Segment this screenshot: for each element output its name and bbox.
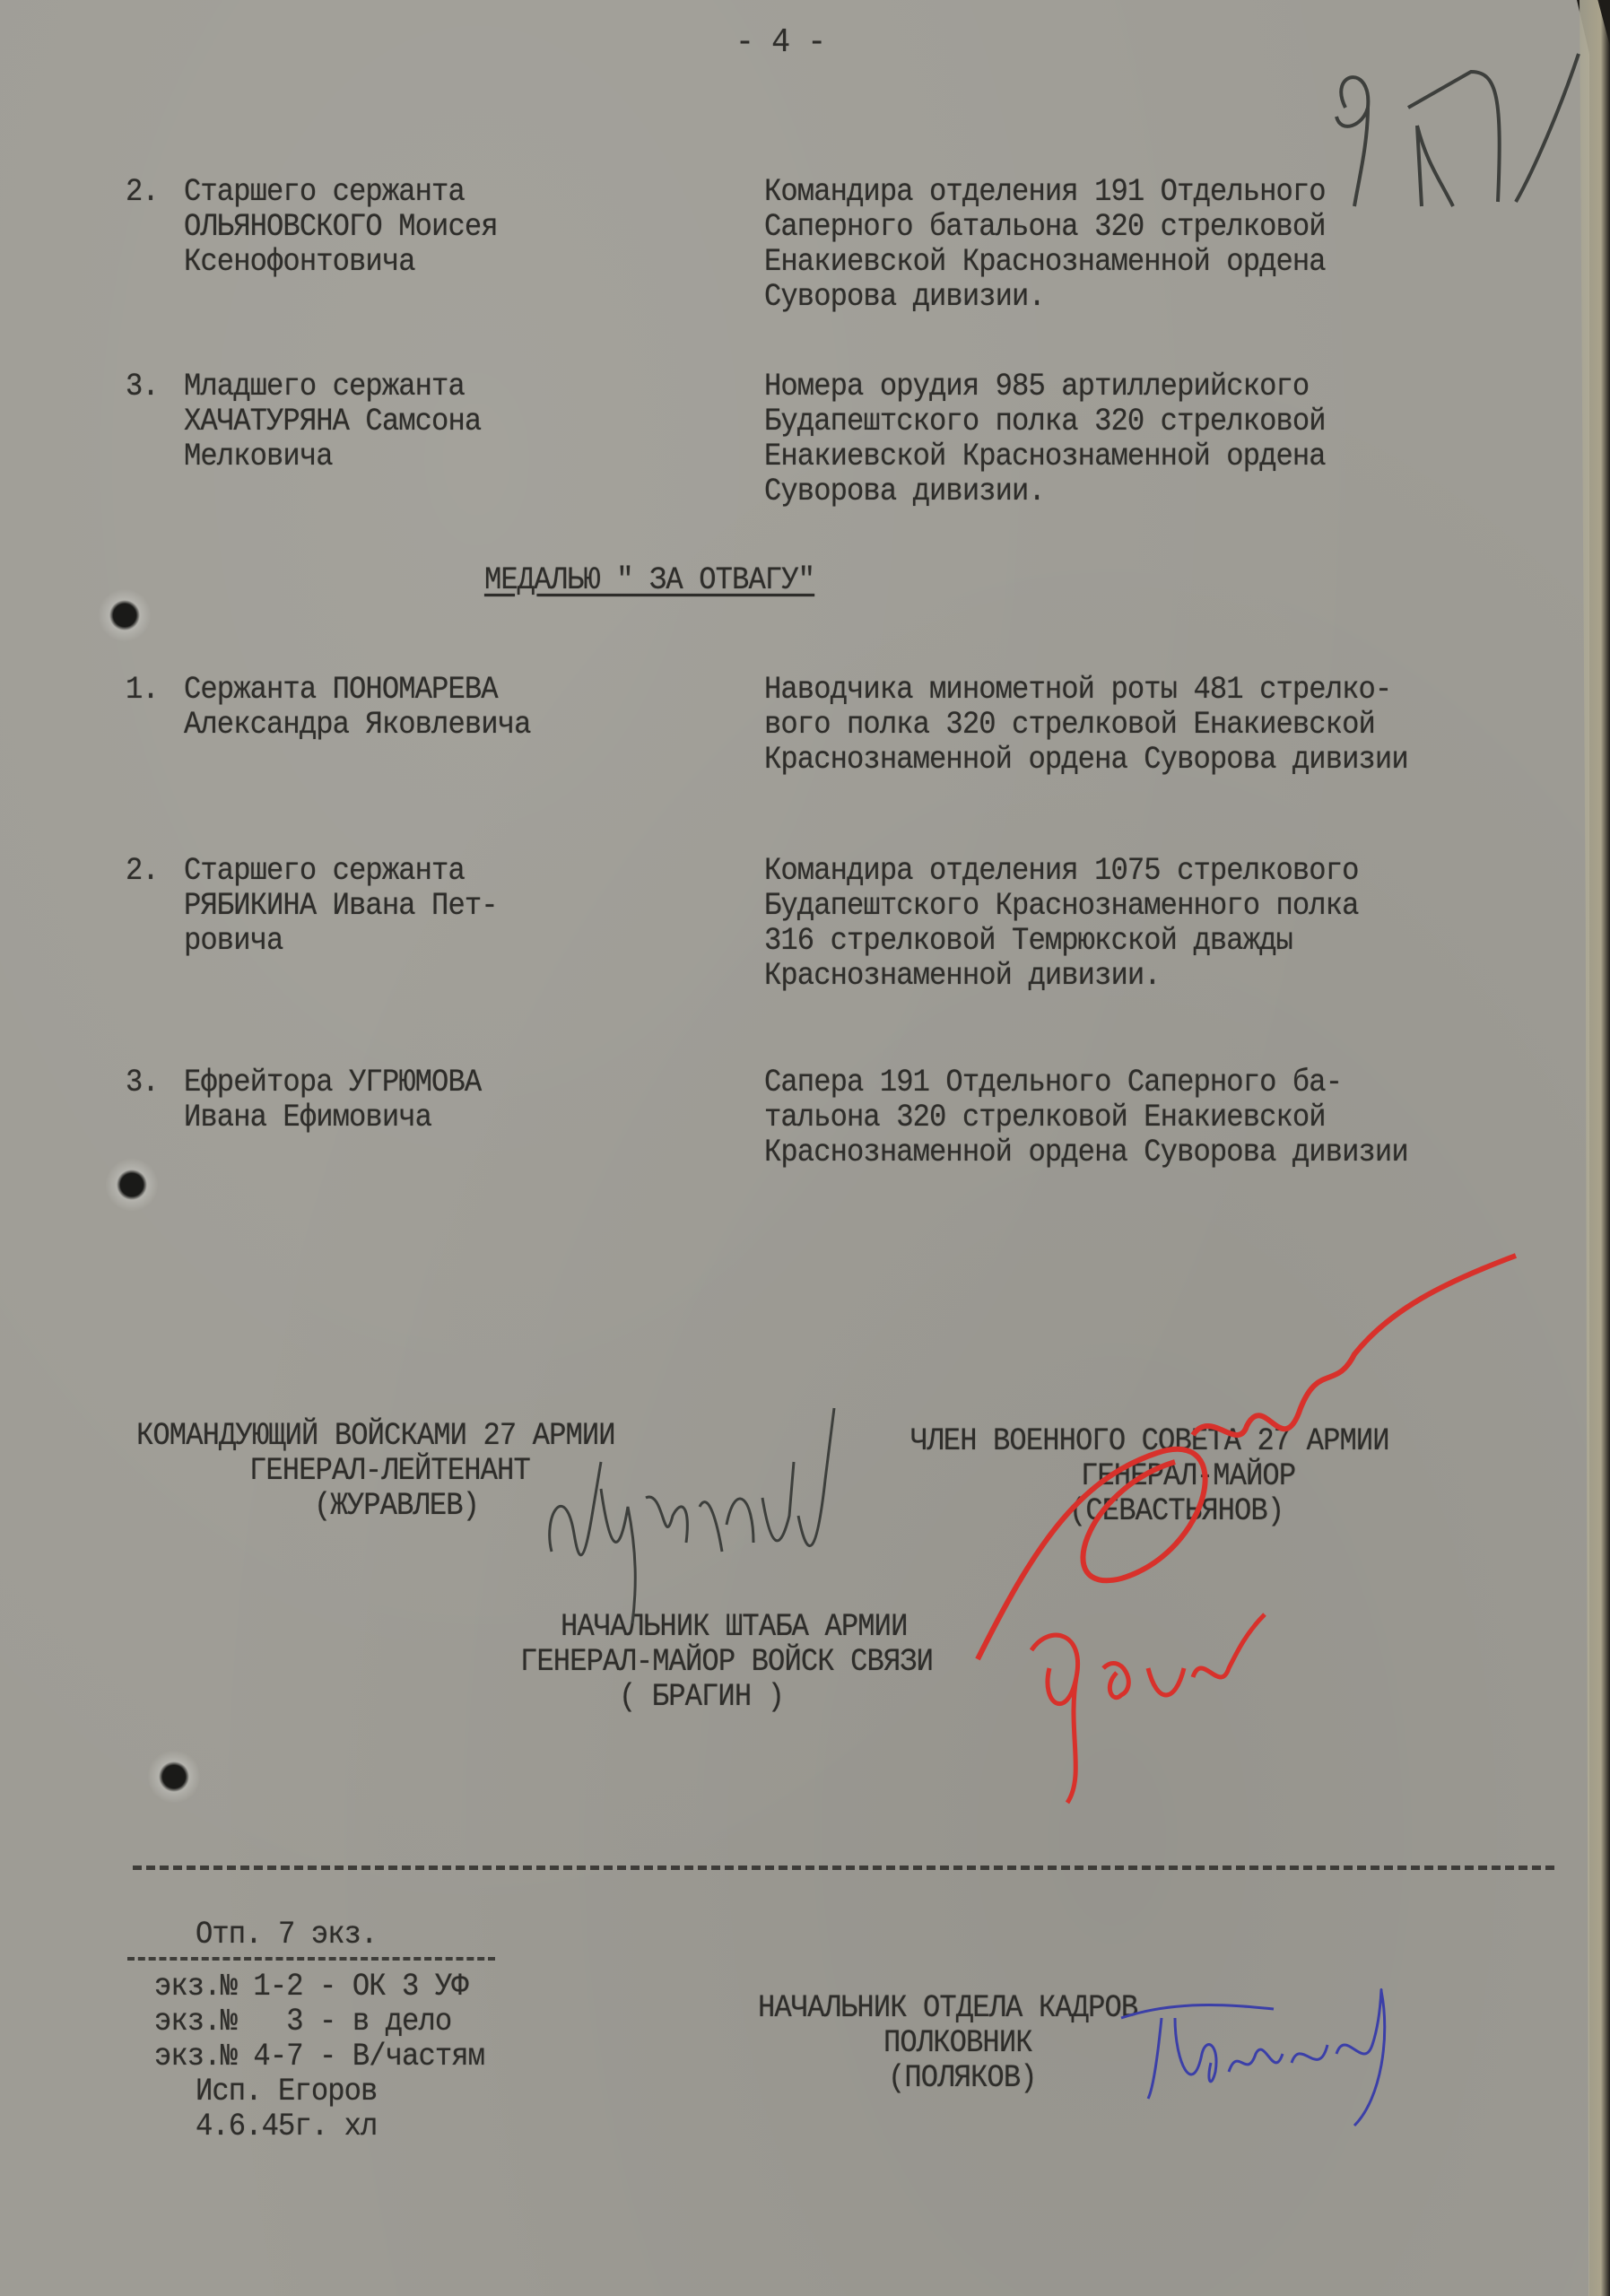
item-number: 3. xyxy=(126,370,159,404)
position-line: Командира отделения 1075 стрелкового xyxy=(764,854,1359,889)
recipient-rank: Старшего сержанта xyxy=(184,854,465,889)
signature-bragin-red xyxy=(1014,1596,1283,1812)
position-line: вого полка 320 стрелковой Енакиевской xyxy=(764,708,1375,743)
copies-header: Отп. 7 экз. xyxy=(196,1918,377,1952)
commander-name: (ЖУРАВЛЕВ) xyxy=(314,1489,479,1524)
signature-polyakov-blue xyxy=(1121,1982,1480,2126)
personnel-rank: ПОЛКОВНИК xyxy=(883,2026,1032,2061)
copy-line-1: экз.№ 1-2 - ОК 3 УФ xyxy=(154,1970,468,2005)
copies-underline xyxy=(127,1957,495,1961)
position-line: Командира отделения 191 Отдельного xyxy=(764,175,1326,210)
position-line: тальона 320 стрелковой Енакиевской xyxy=(764,1100,1326,1135)
position-line: 316 стрелковой Темрюкской дважды xyxy=(764,924,1292,959)
recipient-name: Ефрейтора УГРЮМОВА xyxy=(184,1065,481,1100)
position-line: Саперного батальона 320 стрелковой xyxy=(764,210,1326,245)
recipient-name: ХАЧАТУРЯНА Самсона xyxy=(184,404,481,439)
position-line: Будапештского полка 320 стрелковой xyxy=(764,404,1326,439)
recipient-patronymic: Мелковича xyxy=(184,439,333,474)
recipient-patronymic: ровича xyxy=(184,924,283,959)
position-line: Енакиевской Краснознаменной ордена xyxy=(764,245,1326,280)
position-line: Краснознаменной ордена Суворова дивизии xyxy=(764,743,1408,778)
position-line: Сапера 191 Отдельного Саперного ба- xyxy=(764,1065,1342,1100)
chief-name: ( БРАГИН ) xyxy=(619,1680,784,1715)
executor: Исп. Егоров xyxy=(196,2074,377,2109)
item-number: 2. xyxy=(126,854,159,889)
commander-rank: ГЕНЕРАЛ-ЛЕЙТЕНАНТ xyxy=(249,1454,530,1489)
page-number: - 4 - xyxy=(735,25,825,60)
recipient-patronymic: Ивана Ефимовича xyxy=(184,1100,431,1135)
personnel-title: НАЧАЛЬНИК ОТДЕЛА КАДРОВ xyxy=(758,1991,1137,2026)
punch-hole-2 xyxy=(106,1157,158,1213)
copy-line-2: экз.№ 3 - в дело xyxy=(154,2005,451,2039)
recipient-name: ОЛЬЯНОВСКОГО Моисея xyxy=(184,210,498,245)
position-line: Суворова дивизии. xyxy=(764,474,1045,509)
recipient-rank: Старшего сержанта xyxy=(184,175,465,210)
recipient-patronymic: Александра Яковлевича xyxy=(184,708,530,743)
item-number: 3. xyxy=(126,1065,159,1100)
recipient-rank: Младшего сержанта xyxy=(184,370,465,404)
chief-rank: ГЕНЕРАЛ-МАЙОР ВОЙСК СВЯЗИ xyxy=(520,1645,933,1680)
recipient-patronymic: Ксенофонтовича xyxy=(184,245,415,280)
recipient-name: РЯБИКИНА Ивана Пет- xyxy=(184,889,498,924)
medal-section-heading: МЕДАЛЬЮ " ЗА ОТВАГУ" xyxy=(484,563,814,598)
punch-hole-3 xyxy=(148,1749,200,1805)
position-line: Енакиевской Краснознаменной ордена xyxy=(764,439,1326,474)
date-typist: 4.6.45г. хл xyxy=(196,2109,377,2144)
position-line: Краснознаменной дивизии. xyxy=(764,959,1161,994)
position-line: Наводчика минометной роты 481 стрелко- xyxy=(764,673,1391,708)
archive-number-mark xyxy=(1292,36,1579,215)
separator-line xyxy=(133,1865,1554,1870)
item-number: 1. xyxy=(126,673,159,708)
personnel-name: (ПОЛЯКОВ) xyxy=(888,2061,1037,2096)
position-line: Будапештского Краснознаменного полка xyxy=(764,889,1359,924)
position-line: Суворова дивизии. xyxy=(764,280,1045,315)
position-line: Номера орудия 985 артиллерийского xyxy=(764,370,1309,404)
item-number: 2. xyxy=(126,175,159,210)
signature-zhuravlev xyxy=(538,1408,879,1632)
recipient-name: Сержанта ПОНОМАРЕВА xyxy=(184,673,498,708)
copy-line-3: экз.№ 4-7 - В/частям xyxy=(154,2039,484,2074)
position-line: Краснознаменной ордена Суворова дивизии xyxy=(764,1135,1408,1170)
punch-hole-1 xyxy=(99,587,151,643)
